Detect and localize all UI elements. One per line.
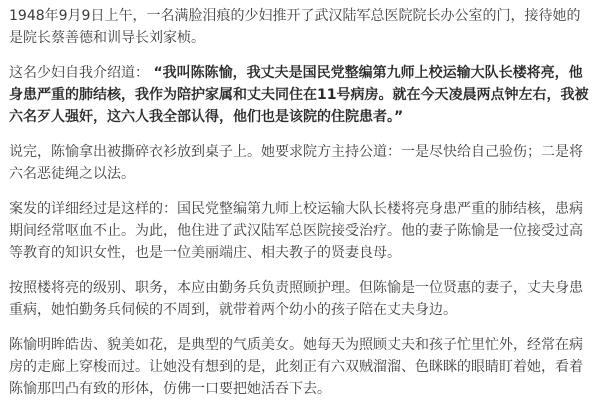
paragraph-wife-care: 按照楼将亮的级别、职务，本应由勤务兵负责照顾护理。但陈愉是一位贤惠的妻子，丈夫身…: [9, 277, 592, 321]
paragraph-case-details: 案发的详细经过是这样的：国民党整编第九师上校运输大队长楼将亮身患严重的肺结核，患…: [9, 198, 592, 264]
paragraph-description: 陈愉明眸皓齿、貌美如花，是典型的气质美女。她每天为照顾丈夫和孩子忙里忙外，经常在…: [9, 334, 592, 400]
paragraph-self-introduction: 这名少妇自我介绍道： “我叫陈陈愉，我丈夫是国民党整编第九师上校运输大队长楼将亮…: [9, 62, 592, 128]
paragraph-demand: 说完，陈愉拿出被撕碎衣衫放到桌子上。她要求院方主持公道：一是尽快给自己验伤；二是…: [9, 141, 592, 185]
paragraph-quote-lead: 这名少妇自我介绍道：: [9, 65, 153, 81]
article-body: 1948年9月9日上午，一名满脸泪痕的少妇推开了武汉陆军总医院院长办公室的门，接…: [0, 0, 600, 400]
paragraph-intro: 1948年9月9日上午，一名满脸泪痕的少妇推开了武汉陆军总医院院长办公室的门，接…: [9, 5, 592, 49]
